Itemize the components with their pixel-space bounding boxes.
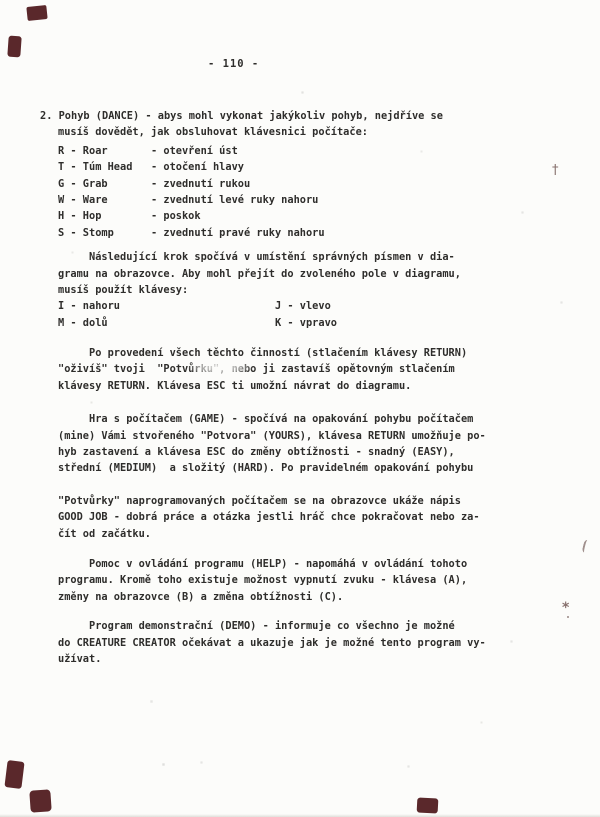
key-line-wave: W - Ware - zvednutí levé ruky nahoru xyxy=(58,192,558,208)
text-line: Program demonstrační (DEMO) - informuje … xyxy=(58,618,558,634)
paragraph-help: Pomoc v ovládání programu (HELP) - napom… xyxy=(58,556,558,605)
ink-blot-bottom-left-1 xyxy=(4,760,24,789)
ink-blot-top-left-2 xyxy=(7,36,21,58)
text-line: 2. Pohyb (DANCE) - abys mohl vykonat jak… xyxy=(40,108,558,124)
pen-mark-dot xyxy=(567,616,569,618)
text-line: GOOD JOB - dobrá práce a otázka jestli h… xyxy=(58,509,558,525)
page-number: - 110 - xyxy=(208,56,259,72)
text-line: "Potvůrky" naprogramovaných počítačem se… xyxy=(58,493,558,509)
text-line: užívat. xyxy=(58,651,558,667)
text-line: programu. Kromě toho existuje možnost vy… xyxy=(58,572,558,588)
key-list-moves: R - Roar - otevření úst T - Túm Head - o… xyxy=(58,143,558,241)
paragraph-good-job: "Potvůrky" naprogramovaných počítačem se… xyxy=(58,493,558,542)
text-line: musíš použít klávesy: xyxy=(58,282,558,298)
text-line: Hra s počítačem (GAME) - spočívá na opak… xyxy=(58,411,558,427)
paragraph-demo: Program demonstrační (DEMO) - informuje … xyxy=(58,618,558,667)
text-line: klávesy RETURN. Klávesa ESC ti umožní ná… xyxy=(58,378,558,394)
key-line-hop: H - Hop - poskok xyxy=(58,208,558,224)
document-body: 2. Pohyb (DANCE) - abys mohl vykonat jak… xyxy=(58,108,558,667)
key-line-turn-head: T - Túm Head - otočení hlavy xyxy=(58,159,558,175)
text-line: čít od začátku. xyxy=(58,526,558,542)
ink-blot-top-left-1 xyxy=(26,5,47,21)
pen-mark-squiggle xyxy=(582,539,592,553)
paragraph-game: Hra s počítačem (GAME) - spočívá na opak… xyxy=(58,411,558,477)
text-line: Pomoc v ovládání programu (HELP) - napom… xyxy=(58,556,558,572)
pen-mark-dagger: † xyxy=(552,163,559,178)
ink-blot-bottom-center xyxy=(417,797,439,813)
text-line: "oživíš" tvoji "Potvůrku", nebo ji zasta… xyxy=(58,361,558,377)
text-line: hyb zastavení a klávesa ESC do změny obt… xyxy=(58,444,558,460)
scanned-document-page: - 110 - 2. Pohyb (DANCE) - abys mohl vyk… xyxy=(0,0,600,817)
key-line-roar: R - Roar - otevření úst xyxy=(58,143,558,159)
text-line: musíš dovědět, jak obsluhovat klávesnici… xyxy=(58,124,558,140)
paragraph-diagram: Následující krok spočívá v umístění sprá… xyxy=(58,249,558,331)
text-line: změny na obrazovce (B) a změna obtížnost… xyxy=(58,589,558,605)
scan-noise-specks xyxy=(0,0,1,1)
text-line: Následující krok spočívá v umístění sprá… xyxy=(58,249,558,265)
key-line-directions-1: I - nahoru J - vlevo xyxy=(58,298,558,314)
text-line: střední (MEDIUM) a složitý (HARD). Po pr… xyxy=(58,460,558,476)
pen-mark-star: * xyxy=(562,600,569,616)
text-line: (mine) Vámi stvořeného "Potvora" (YOURS)… xyxy=(58,428,558,444)
key-line-directions-2: M - dolů K - vpravo xyxy=(58,315,558,331)
ink-blot-bottom-left-2 xyxy=(29,789,51,812)
key-line-grab: G - Grab - zvednutí rukou xyxy=(58,176,558,192)
paragraph-dance-intro: 2. Pohyb (DANCE) - abys mohl vykonat jak… xyxy=(58,108,558,141)
paragraph-return-esc: Po provedení všech těchto činností (stla… xyxy=(58,345,558,394)
text-line: do CREATURE CREATOR očekávat a ukazuje j… xyxy=(58,635,558,651)
text-line: Po provedení všech těchto činností (stla… xyxy=(58,345,558,361)
text-line: gramu na obrazovce. Aby mohl přejít do z… xyxy=(58,266,558,282)
key-line-stomp: S - Stomp - zvednutí pravé ruky nahoru xyxy=(58,225,558,241)
